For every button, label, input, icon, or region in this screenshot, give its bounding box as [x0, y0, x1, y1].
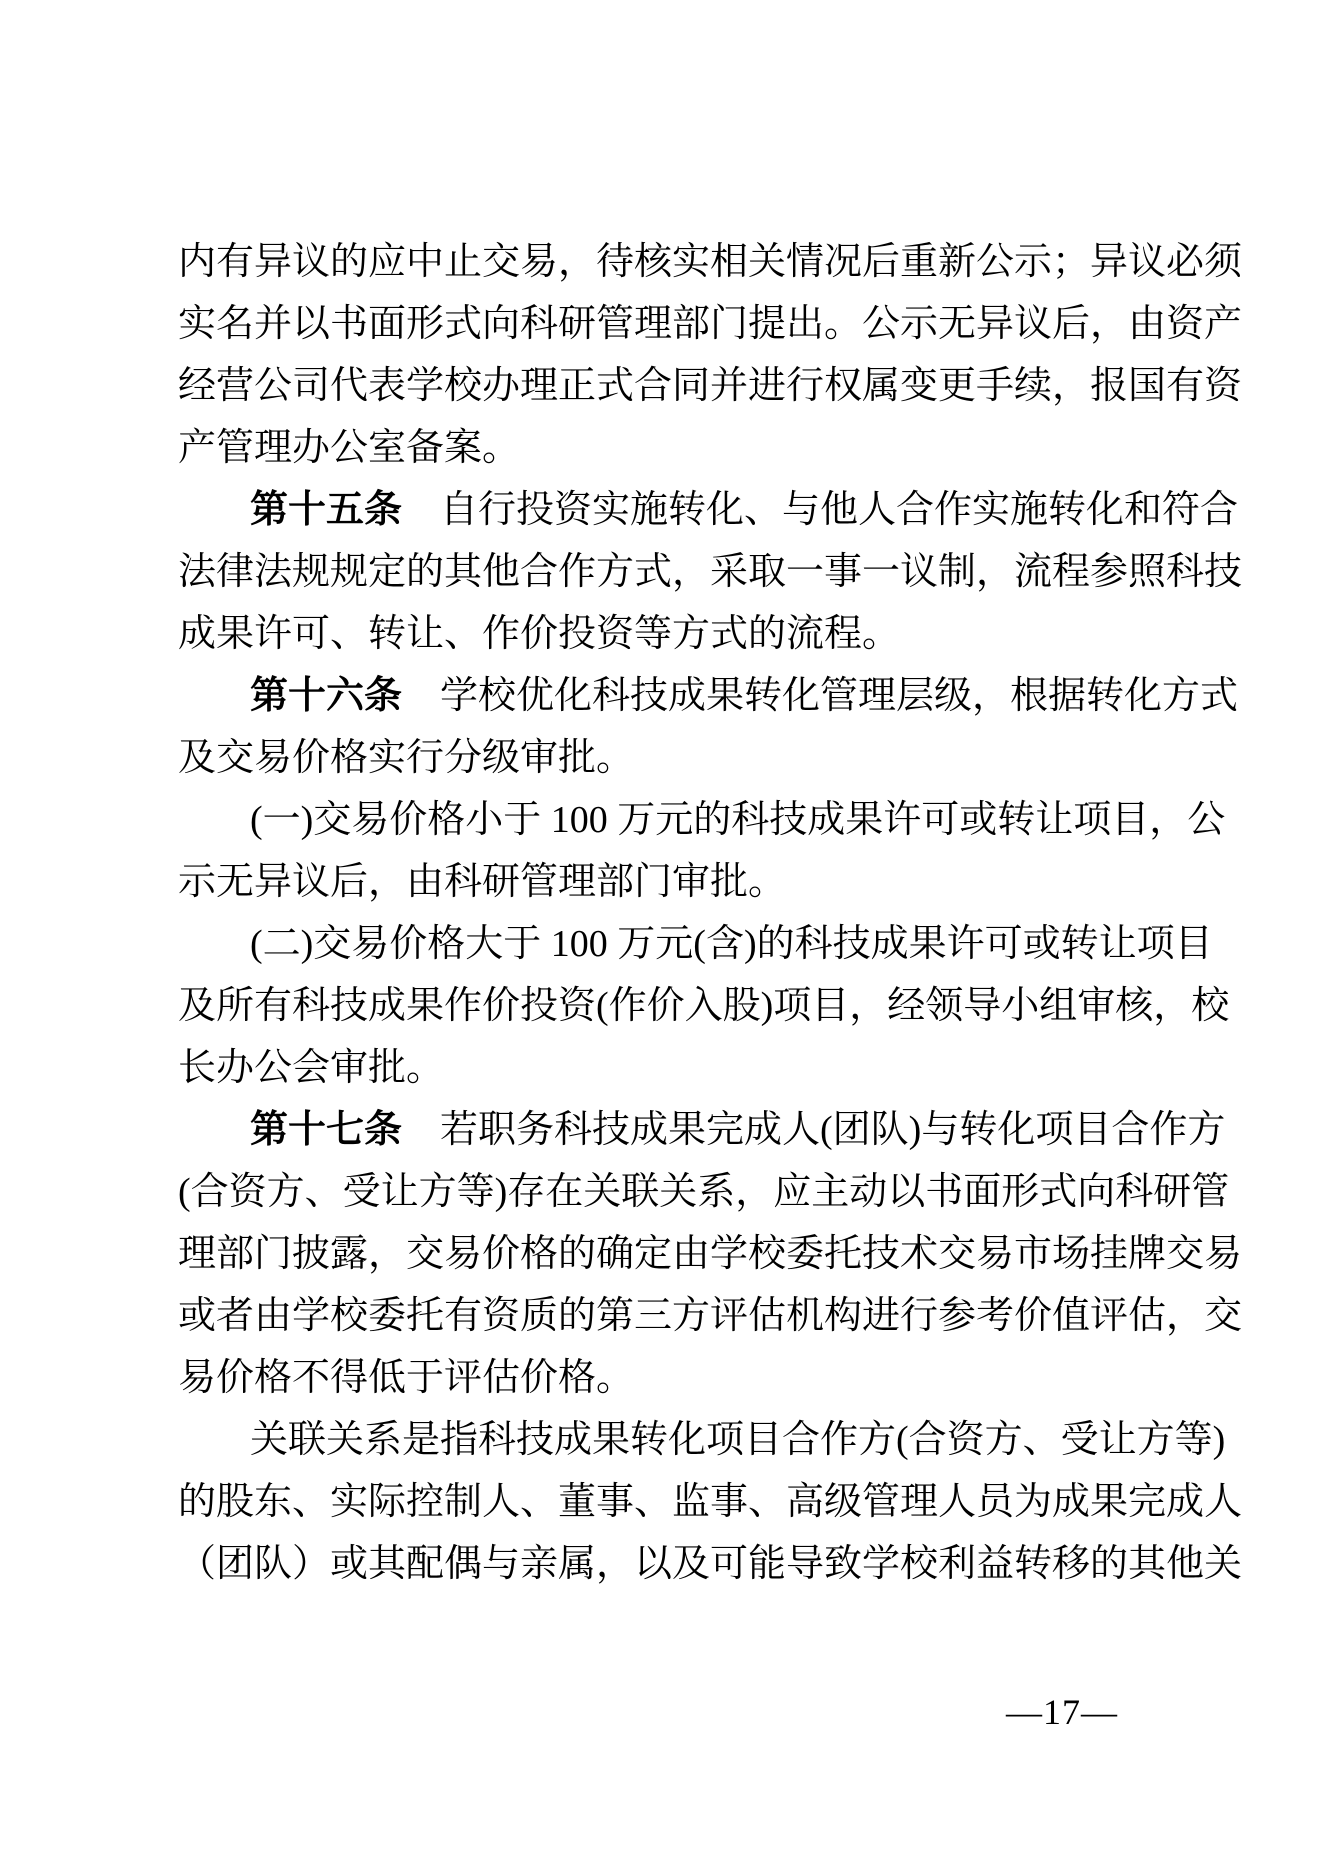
- text-line-content: 长办公会审批。: [178, 1047, 444, 1089]
- text-line-content: 理部门披露，交易价格的确定由学校委托技术交易市场挂牌交易: [178, 1233, 1242, 1275]
- text-line-content: 及交易价格实行分级审批。: [178, 737, 634, 779]
- text-line: 及交易价格实行分级审批。: [178, 727, 1161, 789]
- text-line-content: 自行投资实施转化、与他人合作实施转化和符合: [402, 489, 1238, 531]
- article-label: 第十五条: [250, 489, 402, 531]
- text-line-content: 易价格不得低于评估价格。: [178, 1357, 634, 1399]
- text-line: (合资方、受让方等)存在关联关系，应主动以书面形式向科研管: [178, 1161, 1161, 1223]
- text-line-content: (合资方、受让方等)存在关联关系，应主动以书面形式向科研管: [178, 1171, 1229, 1213]
- text-line-content: 成果许可、转让、作价投资等方式的流程。: [178, 613, 900, 655]
- text-line-content: 学校优化科技成果转化管理层级，根据转化方式: [402, 675, 1238, 717]
- document-body: 内有异议的应中止交易，待核实相关情况后重新公示；异议必须 实名并以书面形式向科研…: [178, 231, 1161, 1595]
- text-line: 的股东、实际控制人、董事、监事、高级管理人员为成果完成人: [178, 1471, 1161, 1533]
- text-line: 长办公会审批。: [178, 1037, 1161, 1099]
- text-line: 经营公司代表学校办理正式合同并进行权属变更手续，报国有资: [178, 355, 1161, 417]
- text-line: 法律法规规定的其他合作方式，采取一事一议制，流程参照科技: [178, 541, 1161, 603]
- text-line-content: 关联关系是指科技成果转化项目合作方(合资方、受让方等): [250, 1419, 1225, 1461]
- text-line-content: 产管理办公室备案。: [178, 427, 520, 469]
- text-line-content: （团队）或其配偶与亲属，以及可能导致学校利益转移的其他关: [178, 1543, 1242, 1585]
- text-line-content: 内有异议的应中止交易，待核实相关情况后重新公示；异议必须: [178, 241, 1242, 283]
- page-number: —17—: [1006, 1692, 1118, 1732]
- text-line-article-17: 第十七条 若职务科技成果完成人(团队)与转化项目合作方: [178, 1099, 1161, 1161]
- text-line-article-16: 第十六条 学校优化科技成果转化管理层级，根据转化方式: [178, 665, 1161, 727]
- text-line-content: (一)交易价格小于 100 万元的科技成果许可或转让项目，公: [250, 799, 1225, 841]
- text-line: 及所有科技成果作价投资(作价入股)项目，经领导小组审核，校: [178, 975, 1161, 1037]
- text-line: 成果许可、转让、作价投资等方式的流程。: [178, 603, 1161, 665]
- article-label: 第十七条: [250, 1109, 402, 1151]
- text-line-content: 或者由学校委托有资质的第三方评估机构进行参考价值评估，交: [178, 1295, 1242, 1337]
- text-line: （团队）或其配偶与亲属，以及可能导致学校利益转移的其他关: [178, 1533, 1161, 1595]
- text-line: 内有异议的应中止交易，待核实相关情况后重新公示；异议必须: [178, 231, 1161, 293]
- text-line-item-1: (一)交易价格小于 100 万元的科技成果许可或转让项目，公: [178, 789, 1161, 851]
- text-line-item-2: (二)交易价格大于 100 万元(含)的科技成果许可或转让项目: [178, 913, 1161, 975]
- document-page: 内有异议的应中止交易，待核实相关情况后重新公示；异议必须 实名并以书面形式向科研…: [0, 0, 1323, 1871]
- text-line: 易价格不得低于评估价格。: [178, 1347, 1161, 1409]
- text-line: 关联关系是指科技成果转化项目合作方(合资方、受让方等): [178, 1409, 1161, 1471]
- text-line-content: (二)交易价格大于 100 万元(含)的科技成果许可或转让项目: [250, 923, 1213, 965]
- text-line-content: 的股东、实际控制人、董事、监事、高级管理人员为成果完成人: [178, 1481, 1242, 1523]
- text-line: 实名并以书面形式向科研管理部门提出。公示无异议后，由资产: [178, 293, 1161, 355]
- text-line-content: 实名并以书面形式向科研管理部门提出。公示无异议后，由资产: [178, 303, 1242, 345]
- text-line-article-15: 第十五条 自行投资实施转化、与他人合作实施转化和符合: [178, 479, 1161, 541]
- text-line: 产管理办公室备案。: [178, 417, 1161, 479]
- text-line-content: 及所有科技成果作价投资(作价入股)项目，经领导小组审核，校: [178, 985, 1229, 1027]
- text-line: 或者由学校委托有资质的第三方评估机构进行参考价值评估，交: [178, 1285, 1161, 1347]
- text-line-content: 示无异议后，由科研管理部门审批。: [178, 861, 786, 903]
- text-line-content: 若职务科技成果完成人(团队)与转化项目合作方: [402, 1109, 1225, 1151]
- article-label: 第十六条: [250, 675, 402, 717]
- text-line-content: 法律法规规定的其他合作方式，采取一事一议制，流程参照科技: [178, 551, 1242, 593]
- text-line: 理部门披露，交易价格的确定由学校委托技术交易市场挂牌交易: [178, 1223, 1161, 1285]
- text-line-content: 经营公司代表学校办理正式合同并进行权属变更手续，报国有资: [178, 365, 1242, 407]
- text-line: 示无异议后，由科研管理部门审批。: [178, 851, 1161, 913]
